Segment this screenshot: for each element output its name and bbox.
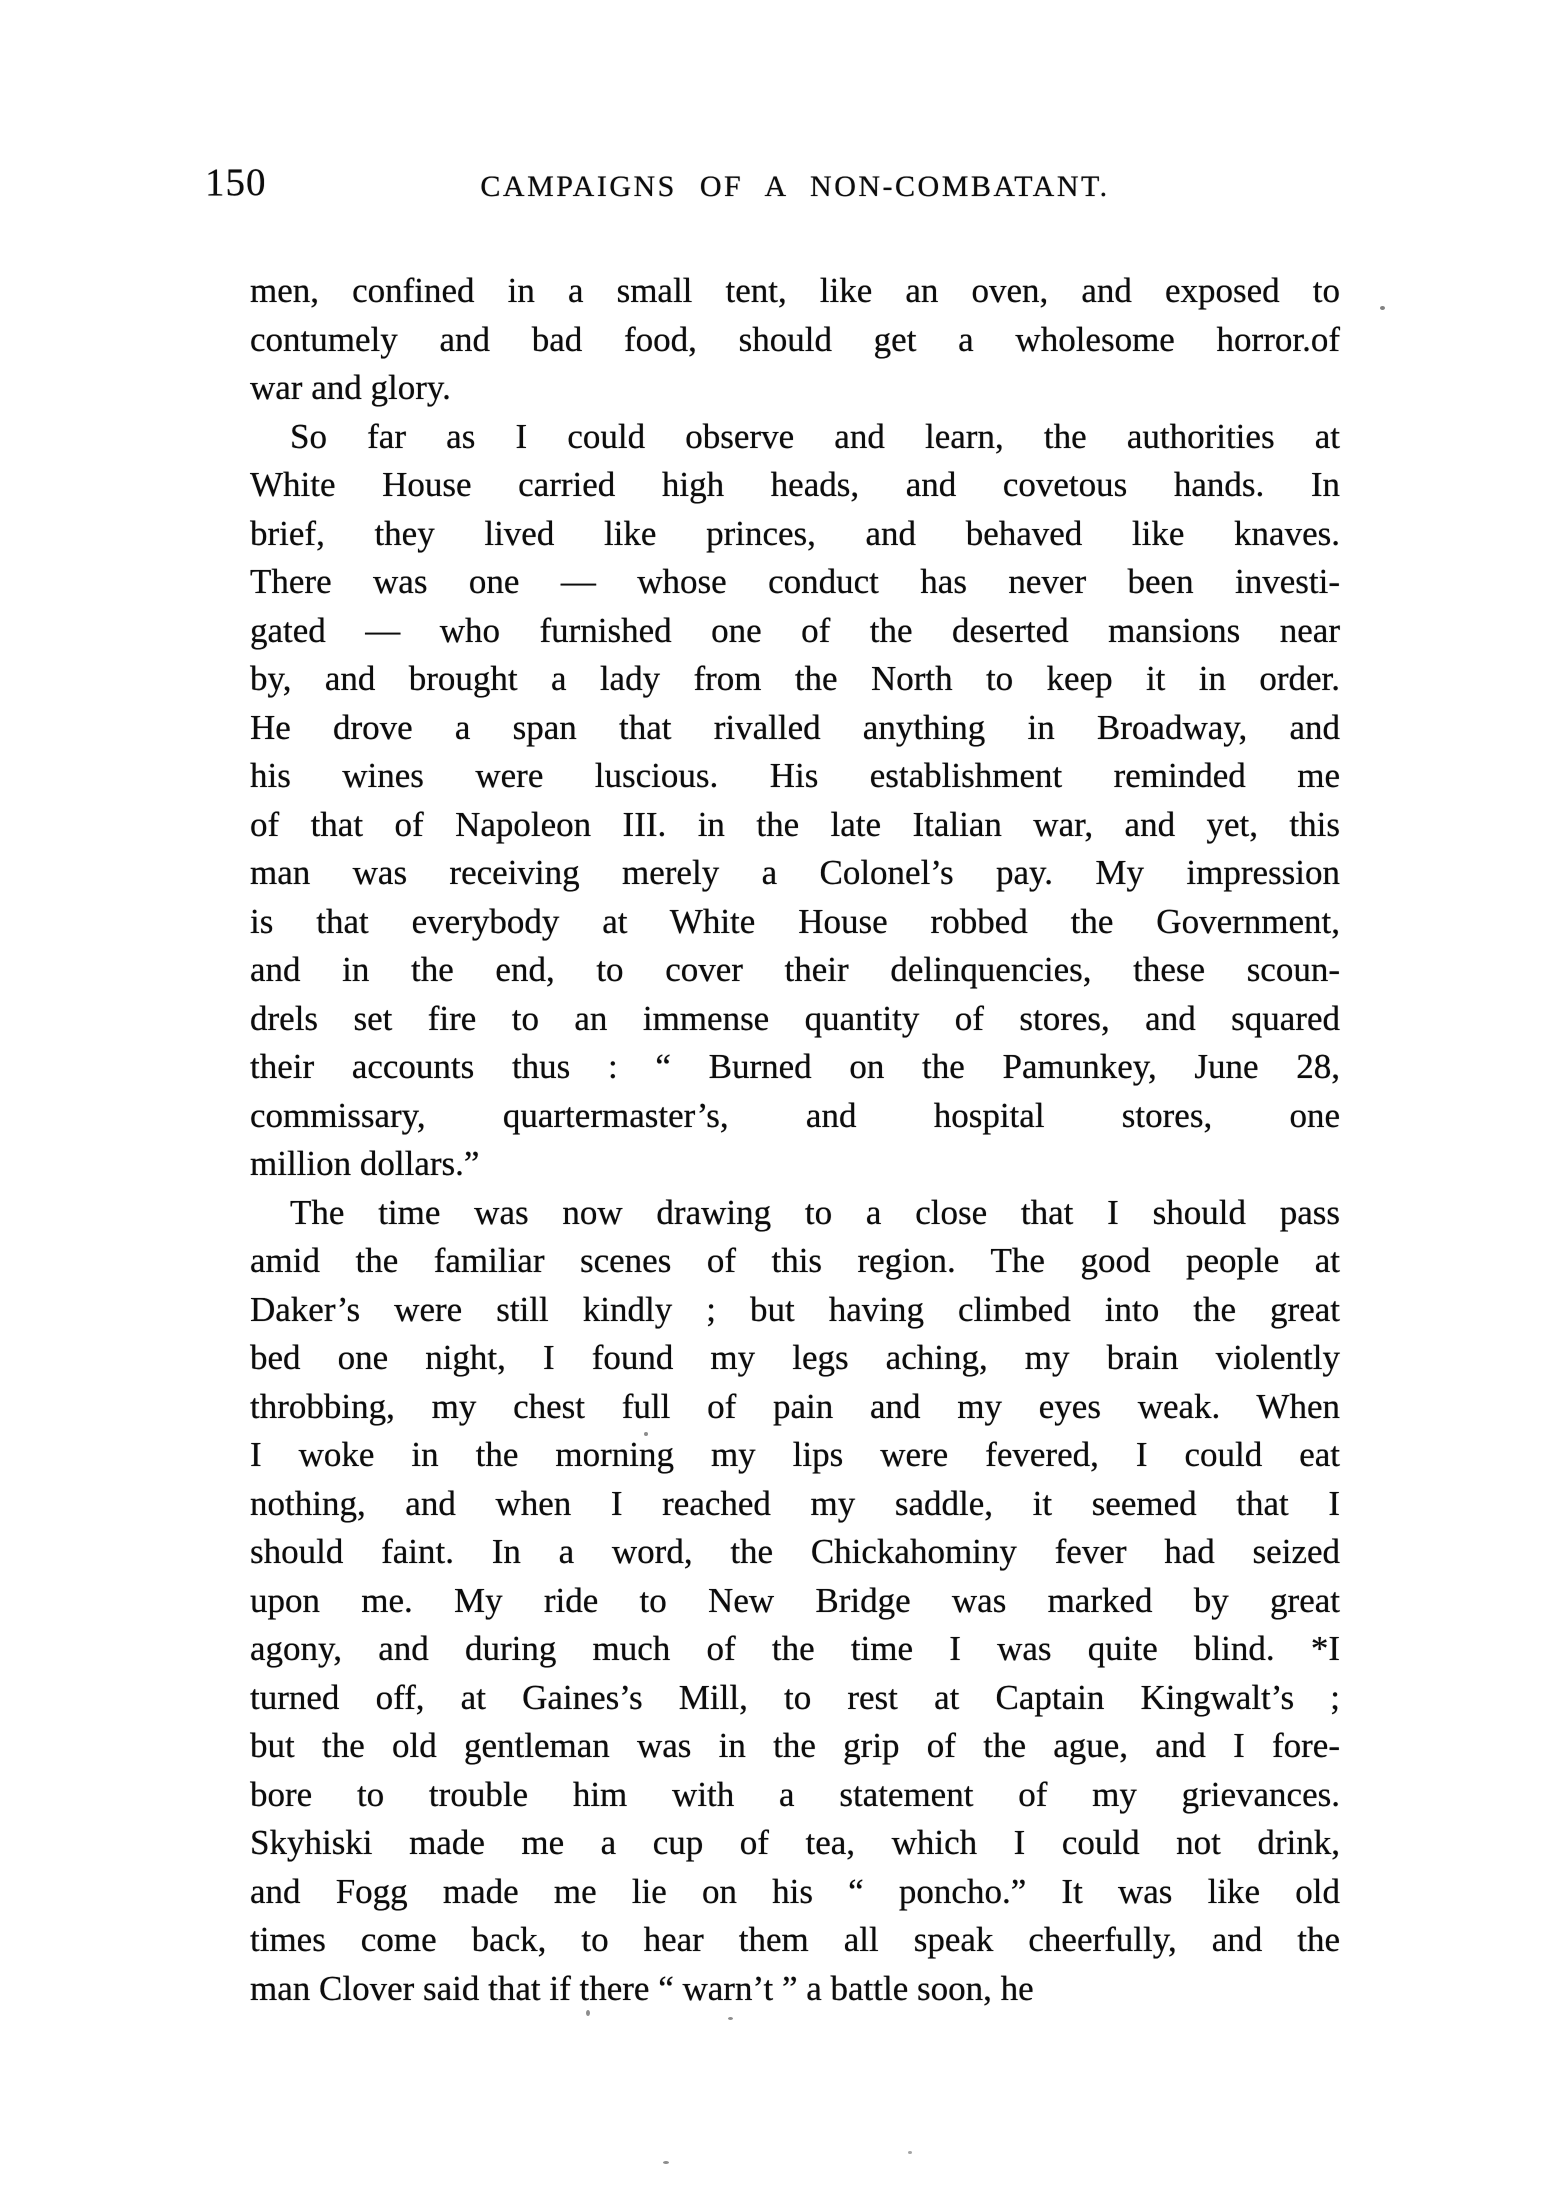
ink-speck	[728, 2017, 733, 2020]
text-line: turned off, at Gaines’s Mill, to rest at…	[250, 1674, 1340, 1723]
text-line: contumely and bad food, should get a who…	[250, 316, 1340, 365]
text-line: gated — who furnished one of the deserte…	[250, 607, 1340, 656]
text-line: war and glory.	[250, 364, 1340, 413]
text-line: I woke in the morning my lips were fever…	[250, 1431, 1340, 1480]
text-line: drels set fire to an immense quantity of…	[250, 995, 1340, 1044]
text-line: bore to trouble him with a statement of …	[250, 1771, 1340, 1820]
text-line: by, and brought a lady from the North to…	[250, 655, 1340, 704]
page-text: men, confined in a small tent, like an o…	[250, 267, 1340, 2013]
text-line: agony, and during much of the time I was…	[250, 1625, 1340, 1674]
running-header: CAMPAIGNS OF A NON-COMBATANT.	[250, 172, 1340, 202]
text-line: upon me. My ride to New Bridge was marke…	[250, 1577, 1340, 1626]
text-line: but the old gentleman was in the grip of…	[250, 1722, 1340, 1771]
text-line: The time was now drawing to a close that…	[250, 1189, 1340, 1238]
text-line: his wines were luscious. His establishme…	[250, 752, 1340, 801]
text-line: He drove a span that rivalled anything i…	[250, 704, 1340, 753]
text-line: There was one — whose conduct has never …	[250, 558, 1340, 607]
text-line: million dollars.”	[250, 1140, 1340, 1189]
text-line: throbbing, my chest full of pain and my …	[250, 1383, 1340, 1432]
text-line: brief, they lived like princes, and beha…	[250, 510, 1340, 559]
text-line: of that of Napoleon III. in the late Ita…	[250, 801, 1340, 850]
text-line: and Fogg made me lie on his “ poncho.” I…	[250, 1868, 1340, 1917]
text-line: White House carried high heads, and cove…	[250, 461, 1340, 510]
text-line: nothing, and when I reached my saddle, i…	[250, 1480, 1340, 1529]
text-line: So far as I could observe and learn, the…	[250, 413, 1340, 462]
text-line: bed one night, I found my legs aching, m…	[250, 1334, 1340, 1383]
text-line: amid the familiar scenes of this region.…	[250, 1237, 1340, 1286]
text-line: man Clover said that if there “ warn’t ”…	[250, 1965, 1340, 2014]
text-line: commissary, quartermaster’s, and hospita…	[250, 1092, 1340, 1141]
text-line: should faint. In a word, the Chickahomin…	[250, 1528, 1340, 1577]
text-line: times come back, to hear them all speak …	[250, 1916, 1340, 1965]
text-line: men, confined in a small tent, like an o…	[250, 267, 1340, 316]
text-line: man was receiving merely a Colonel’s pay…	[250, 849, 1340, 898]
ink-speck	[663, 2161, 669, 2164]
ink-speck	[1380, 306, 1385, 310]
book-page-scan: 150 CAMPAIGNS OF A NON-COMBATANT. men, c…	[0, 0, 1546, 2196]
text-line: and in the end, to cover their delinquen…	[250, 946, 1340, 995]
text-line: their accounts thus : “ Burned on the Pa…	[250, 1043, 1340, 1092]
text-line: Daker’s were still kindly ; but having c…	[250, 1286, 1340, 1335]
ink-speck	[586, 2010, 590, 2016]
ink-speck	[1229, 779, 1233, 782]
text-line: Skyhiski made me a cup of tea, which I c…	[250, 1819, 1340, 1868]
ink-speck	[644, 1432, 648, 1436]
text-line: is that everybody at White House robbed …	[250, 898, 1340, 947]
ink-speck	[908, 2151, 912, 2154]
